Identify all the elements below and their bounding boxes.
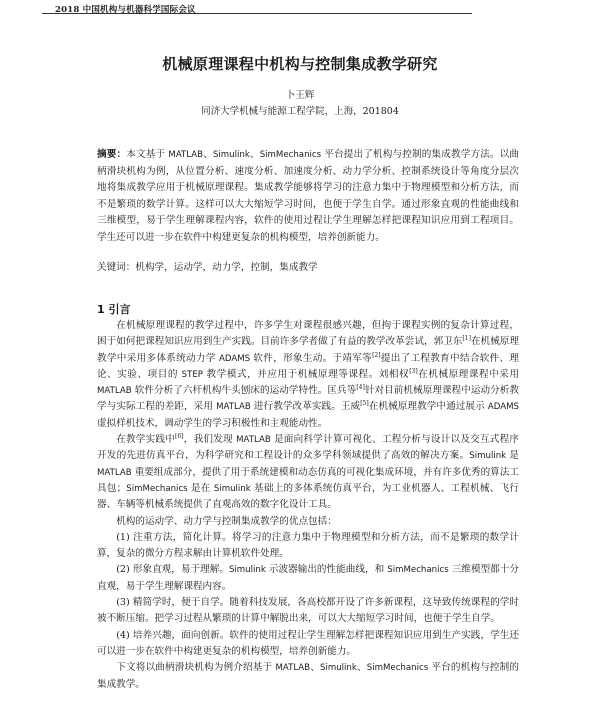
list-item: (3) 精简学时，便于自学。随着科技发展，各高校都开设了许多新课程，这导致传统课…	[97, 595, 519, 628]
list-item: (1) 注重方法，简化计算。将学习的注意力集中于物理模型和分析方法，而不是繁琐的…	[97, 530, 519, 563]
citation-link[interactable]: [5]	[360, 400, 369, 407]
text: ，我们发现	[184, 434, 237, 445]
keywords-text: 机构学，运动学，动力学，控制，集成教学	[135, 262, 317, 273]
software-name: SimMechanics	[367, 663, 428, 673]
paragraph: 在机械原理课程的教学过程中，许多学生对课程很感兴趣，但拘于课程实例的复杂计算过程…	[97, 318, 519, 432]
abstract-text: 平台提出了机构与控制的集成教学方法。以曲柄滑块机构为例，从位置分析、速度分析、加…	[97, 149, 519, 243]
text: 在机械原理课程的教学过程中，许多学生对课程很感兴趣，但拘于课程实例的复杂计算过程…	[97, 320, 519, 347]
list-item: (4) 培养兴趣，面向创新。软件的使用过程让学生理解怎样把课程知识应用到生产实践…	[97, 628, 519, 661]
citation-link[interactable]: [3]	[409, 368, 418, 375]
text: 教学模式，并应用于机械原理等课程。刘相权	[203, 369, 409, 380]
software-name: SimMechanics	[126, 484, 187, 494]
text: 是	[506, 450, 519, 461]
text: (2) 形象直观，易于理解。	[116, 564, 229, 575]
text: 进行教学改革实践。王威	[251, 401, 360, 412]
software-name: ADAMS	[219, 354, 250, 364]
software-name: MATLAB	[275, 663, 310, 673]
citation-link[interactable]: [1]	[462, 335, 471, 342]
software-name: STEP	[182, 370, 203, 380]
paragraph: 机构的运动学、动力学与控制集成教学的优点包括：	[97, 514, 519, 530]
author-affiliation: 同济大学机械与能源工程学院，上海，201804	[0, 103, 600, 117]
text: 是在	[188, 483, 214, 494]
paragraph: 在教学实践中[6]，我们发现 MATLAB 是面向科学计算可视化、工程分析与设计…	[97, 432, 519, 513]
software-name: SimMechanics	[387, 565, 448, 575]
abstract-label: 摘要：	[97, 149, 126, 160]
software-name: Simulink	[320, 663, 357, 673]
software-name: Simulink	[214, 484, 251, 494]
citation-link[interactable]: [2]	[372, 352, 381, 359]
software-name: Simulink	[469, 451, 506, 461]
section-heading: 1 引言	[97, 301, 130, 317]
text: 在教学实践中	[116, 434, 175, 445]
software-name: MATLAB	[97, 386, 132, 396]
separator: 、	[250, 149, 260, 160]
text: 下文将以曲柄滑块机构为例介绍基于	[116, 662, 275, 673]
separator: 、	[203, 149, 213, 160]
list-item: (2) 形象直观，易于理解。Simulink 示波器输出的性能曲线，和 SimM…	[97, 562, 519, 595]
software-name: ADAMS	[488, 402, 519, 412]
author-name: 卜王辉	[0, 87, 600, 101]
text: 在机械原理教学中通过展示	[369, 401, 488, 412]
text: 虚拟样机技术，调动学生的学习积极性和主观能动性。	[97, 418, 327, 429]
header-rule	[42, 13, 472, 14]
text: 软件分析了六杆机构牛头刨床的运动学特性。匡兵等	[132, 385, 357, 396]
paper-title: 机械原理课程中机构与控制集成教学研究	[0, 53, 600, 74]
text: 示波器输出的性能曲线，和	[266, 564, 387, 575]
section-body: 在机械原理课程的教学过程中，许多学生对课程很感兴趣，但拘于课程实例的复杂计算过程…	[97, 318, 519, 693]
software-name: MATLAB	[168, 150, 203, 160]
citation-link[interactable]: [4]	[356, 384, 365, 391]
text: 软件，形象生动。于靖军等	[250, 353, 372, 364]
text: 在机械原理课程中采用	[418, 369, 519, 380]
separator: 、	[310, 662, 320, 673]
software-name: MATLAB	[236, 435, 271, 445]
abstract: 摘要：本文基于 MATLAB、Simulink、SimMechanics 平台提…	[97, 147, 519, 246]
paragraph: 下文将以曲柄滑块机构为例介绍基于 MATLAB、Simulink、SimMech…	[97, 660, 519, 693]
software-name: MATLAB	[97, 468, 132, 478]
citation-link[interactable]: [6]	[175, 433, 184, 440]
keywords: 关键词：机构学，运动学，动力学，控制，集成教学	[97, 259, 519, 273]
software-name: Simulink	[229, 565, 266, 575]
software-name: MATLAB	[216, 402, 251, 412]
separator: 、	[357, 662, 367, 673]
abstract-text: 本文基于	[126, 149, 168, 160]
software-name: SimMechanics	[260, 150, 321, 160]
keywords-label: 关键词：	[97, 262, 135, 273]
software-name: Simulink	[213, 150, 250, 160]
